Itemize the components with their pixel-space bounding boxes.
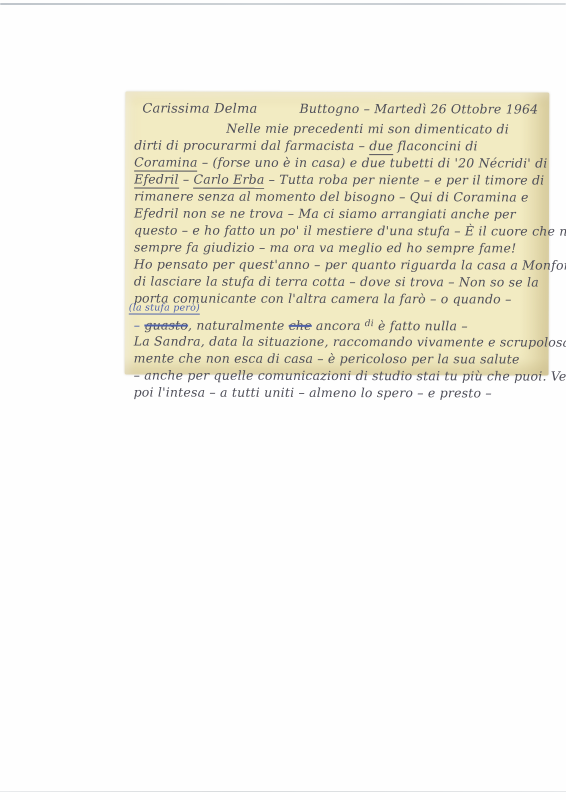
handwritten-line: questo – e ho fatto un po' il mestiere d… — [134, 221, 542, 239]
handwritten-line: La Sandra, data la situazione, raccomand… — [134, 332, 542, 350]
handwritten-segment: di — [365, 319, 374, 329]
handwritten-segment: che — [289, 318, 312, 333]
handwritten-segment: due — [369, 138, 393, 155]
scan-top-edge-line — [0, 3, 566, 5]
handwritten-line: rimanere senza al momento del bisogno – … — [134, 187, 542, 205]
postcard-text-area: Carissima Delma Buttogno – Martedì 26 Ot… — [134, 99, 543, 369]
handwritten-segment: flaconcini di — [393, 138, 477, 153]
handwritten-line: poi l'intesa – a tutti uniti – almeno lo… — [134, 383, 542, 401]
handwritten-line: – guasto, naturalmente che ancora di è f… — [134, 315, 542, 333]
handwritten-segment: mente che non esca di casa – è pericolos… — [134, 350, 520, 366]
handwritten-line: Efedril non se ne trova – Ma ci siamo ar… — [134, 204, 542, 222]
handwritten-segment: dirti di procurarmi dal farmacista – — [134, 137, 369, 153]
postcard-body: Nelle mie precedenti mi son dimenticato … — [134, 119, 543, 401]
handwritten-line: mente che non esca di casa – è pericolos… — [134, 349, 542, 367]
handwritten-segment: di lasciare la stufa di terra cotta – do… — [134, 273, 539, 289]
handwritten-segment: , naturalmente — [188, 318, 289, 333]
handwritten-segment: questo – e ho fatto un po' il mestiere d… — [134, 222, 566, 238]
postcard-header: Carissima Delma Buttogno – Martedì 26 Ot… — [134, 99, 542, 118]
handwritten-segment: Ho pensato per quest'anno – per quanto r… — [134, 256, 566, 272]
handwritten-segment: ancora — [312, 318, 365, 333]
handwritten-line: Coramina – (forse uno è in casa) e due t… — [134, 153, 542, 171]
handwritten-segment: Coramina — [134, 154, 198, 171]
handwritten-line: Ho pensato per quest'anno – per quanto r… — [134, 255, 542, 273]
dateline: Buttogno – Martedì 26 Ottobre 1964 — [299, 100, 538, 118]
handwritten-line: sempre fa giudizio – ma ora va meglio ed… — [134, 238, 542, 256]
handwritten-segment: Carlo Erba — [193, 172, 264, 189]
handwritten-line: (la stufa però) — [129, 303, 542, 313]
scan-bottom-edge-line — [0, 791, 566, 792]
handwritten-segment: Nelle mie precedenti mi son dimenticato … — [226, 121, 509, 137]
handwritten-segment: – anche per quelle comunicazioni di stud… — [134, 367, 566, 383]
handwritten-segment: Efedril non se ne trova – Ma ci siamo ar… — [134, 205, 516, 221]
handwritten-segment: – — [134, 317, 145, 332]
salutation: Carissima Delma — [142, 100, 257, 117]
handwritten-segment: Efedril — [134, 171, 179, 188]
handwritten-segment: (la stufa però) — [129, 302, 200, 314]
handwritten-line: Nelle mie precedenti mi son dimenticato … — [134, 119, 542, 137]
handwritten-segment: guasto — [144, 317, 188, 332]
handwritten-segment: rimanere senza al momento del bisogno – … — [134, 188, 529, 204]
handwritten-line: di lasciare la stufa di terra cotta – do… — [134, 272, 542, 290]
handwritten-segment: – — [179, 172, 194, 187]
handwritten-segment: – (forse uno è in casa) e due tubetti di… — [198, 155, 548, 171]
handwritten-segment: La Sandra, data la situazione, raccomand… — [134, 333, 566, 349]
handwritten-segment: è fatto nulla – — [374, 318, 468, 333]
handwritten-line: – anche per quelle comunicazioni di stud… — [134, 366, 542, 384]
postcard: Carissima Delma Buttogno – Martedì 26 Ot… — [125, 91, 550, 375]
handwritten-segment: – Tutta roba per niente – e per il timor… — [264, 172, 544, 188]
handwritten-segment: poi l'intesa – a tutti uniti – almeno lo… — [134, 384, 492, 400]
handwritten-line: Efedril – Carlo Erba – Tutta roba per ni… — [134, 170, 542, 188]
handwritten-segment: sempre fa giudizio – ma ora va meglio ed… — [134, 239, 516, 255]
handwritten-line: dirti di procurarmi dal farmacista – due… — [134, 136, 542, 154]
